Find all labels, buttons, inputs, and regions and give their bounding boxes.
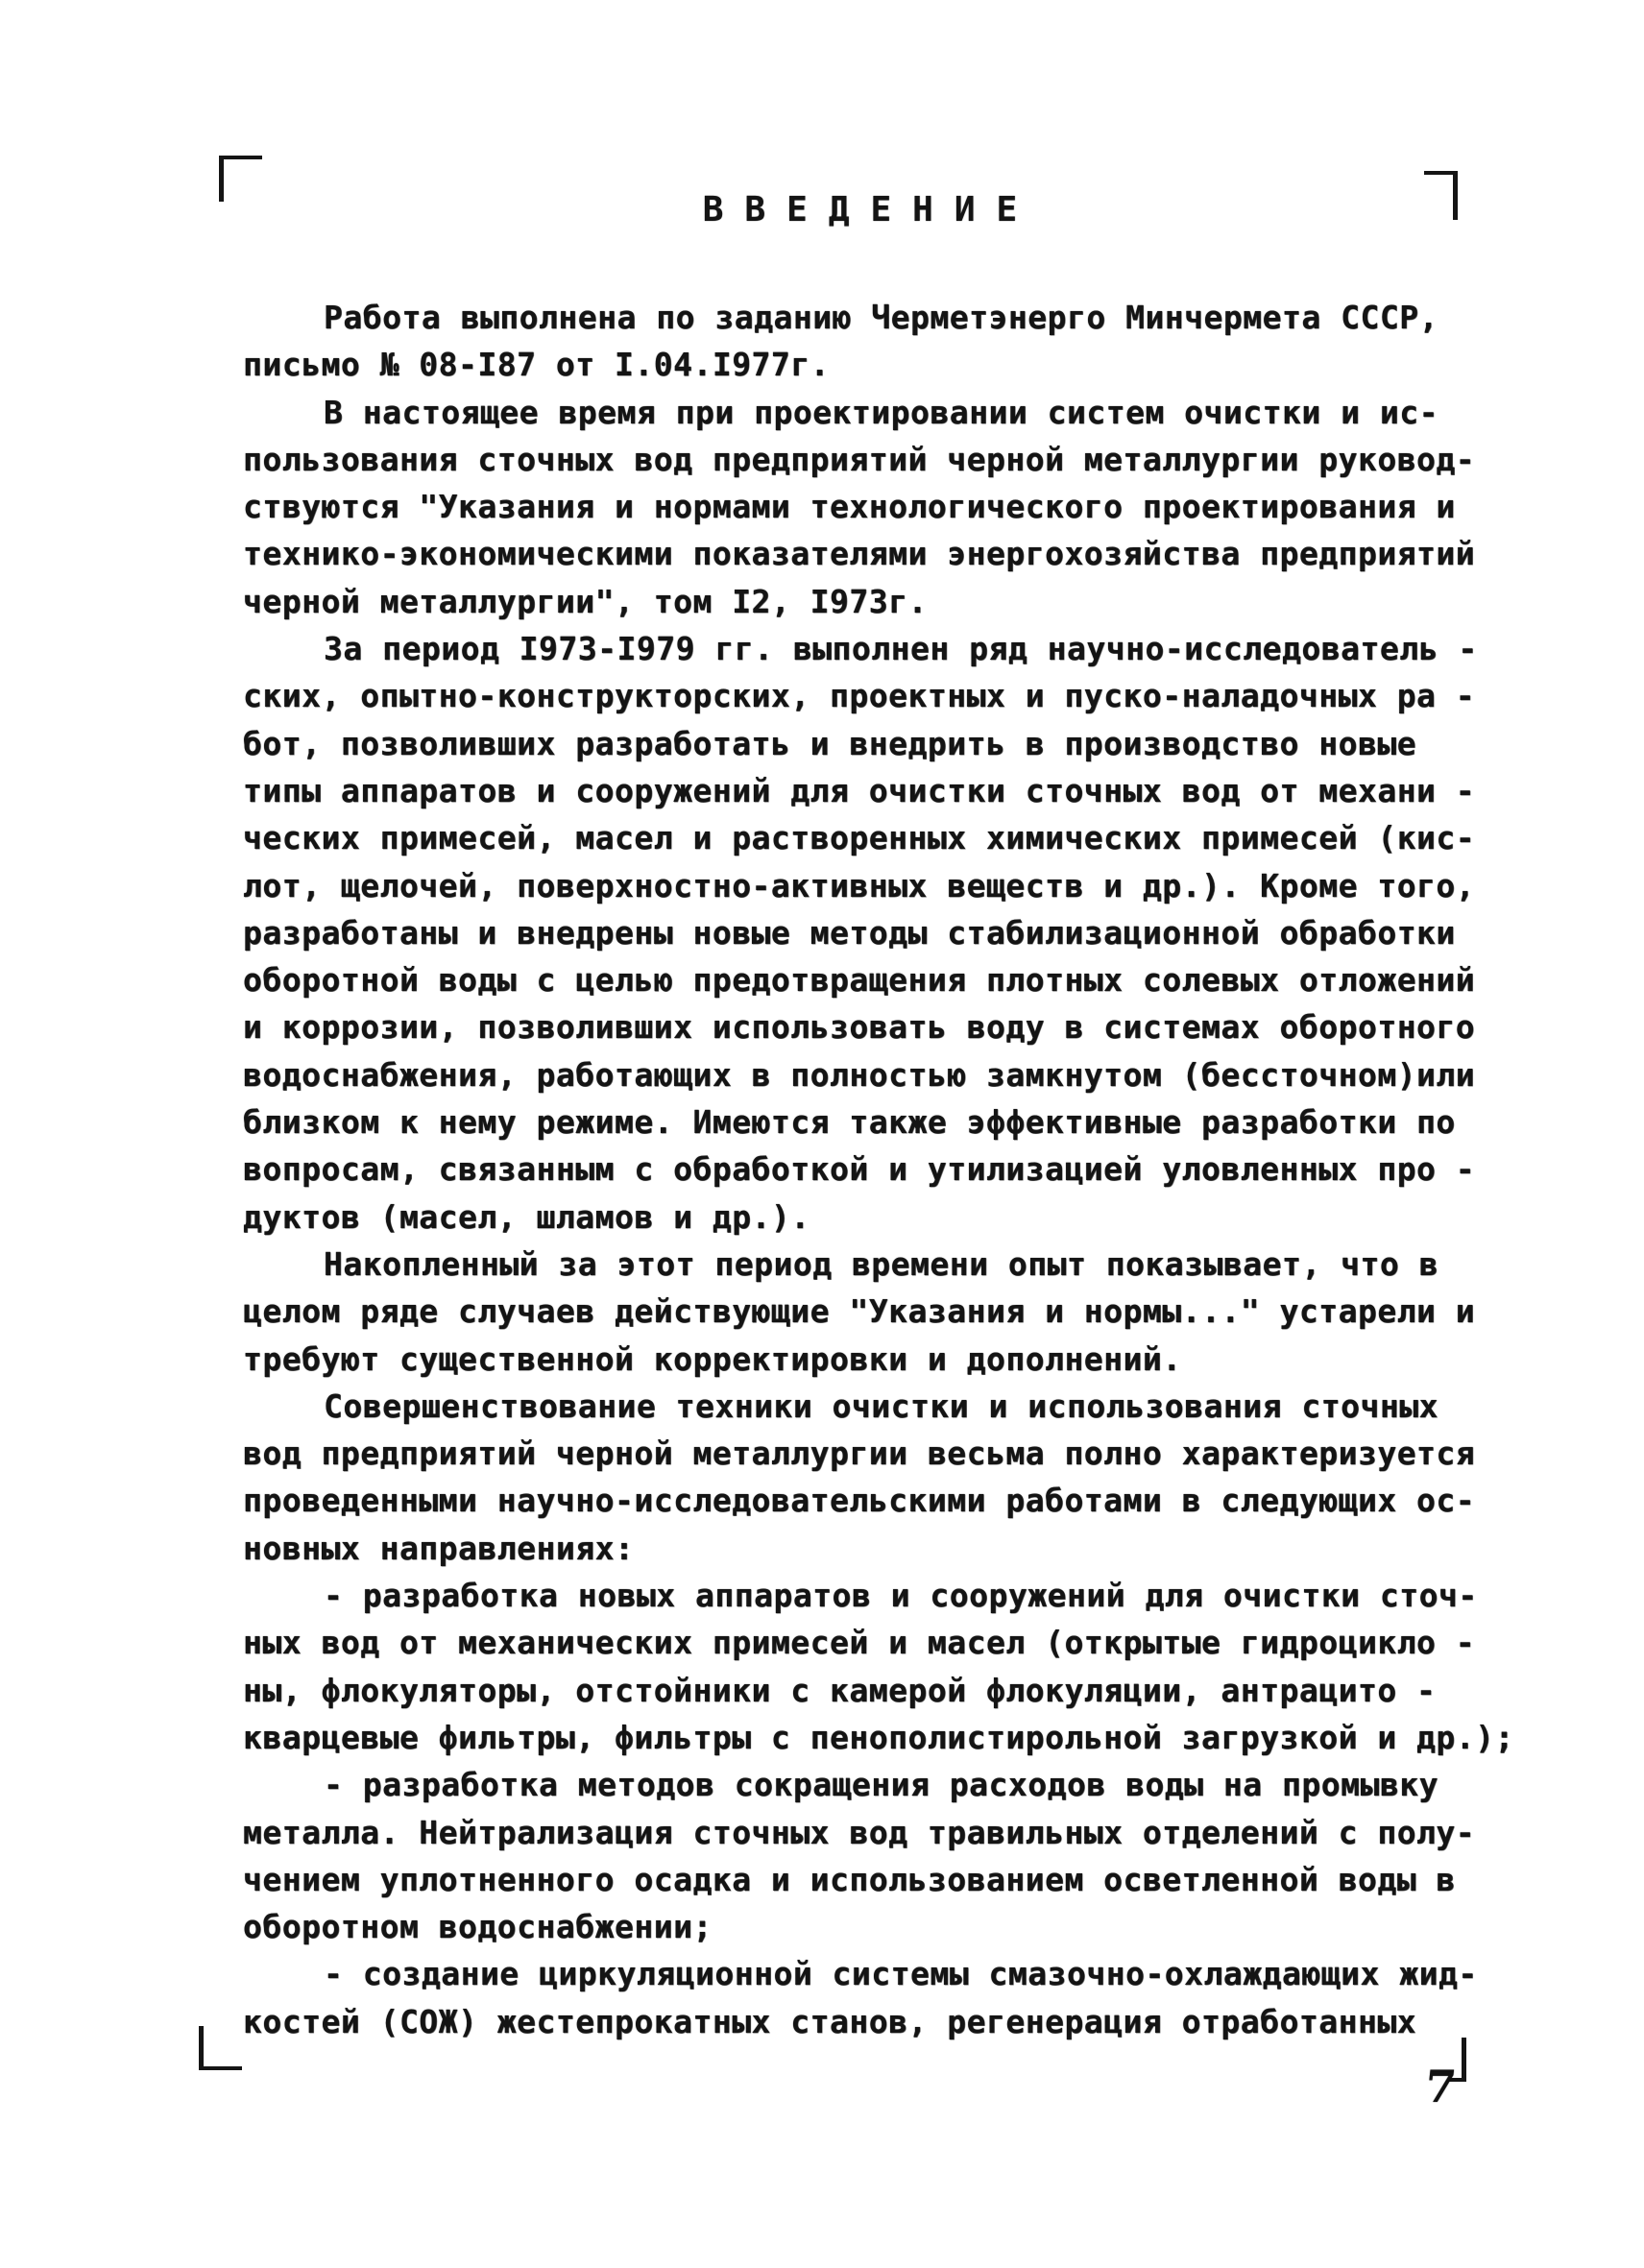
text-line: пользования сточных вод предприятий черн… (243, 436, 1482, 483)
page-title: ВВЕДЕНИЕ (243, 190, 1477, 229)
document-page: ВВЕДЕНИЕ Работа выполнена по заданию Чер… (0, 0, 1644, 2268)
text-line: черной металлургии", том I2, I973г. (243, 578, 1482, 625)
text-line: новных направлениях: (243, 1525, 1482, 1572)
text-line: Накопленный за этот период времени опыт … (243, 1241, 1482, 1288)
text-line: ствуются "Указания и нормами технологиче… (243, 483, 1482, 530)
text-line: близком к нему режиме. Имеются также эфф… (243, 1098, 1482, 1146)
text-line: целом ряде случаев действующие "Указания… (243, 1288, 1482, 1335)
text-line: ных вод от механических примесей и масел… (243, 1619, 1482, 1666)
text-line: требуют существенной корректировки и доп… (243, 1336, 1482, 1383)
text-line: технико-экономическими показателями энер… (243, 530, 1482, 577)
body-text: Работа выполнена по заданию Черметэнерго… (243, 294, 1482, 2045)
text-line: оборотной воды с целью предотвращения пл… (243, 956, 1482, 1003)
text-line: дуктов (масел, шламов и др.). (243, 1194, 1482, 1241)
text-line: кварцевые фильтры, фильтры с пенополисти… (243, 1714, 1482, 1761)
text-line: разработаны и внедрены новые методы стаб… (243, 909, 1482, 956)
text-line: ских, опытно-конструкторских, проектных … (243, 672, 1482, 719)
text-line: проведенными научно-исследовательскими р… (243, 1477, 1482, 1524)
text-line: типы аппаратов и сооружений для очистки … (243, 767, 1482, 814)
page-number: 7 (1422, 2061, 1459, 2112)
text-line: Работа выполнена по заданию Черметэнерго… (243, 294, 1482, 341)
text-line: костей (СОЖ) жестепрокатных станов, реге… (243, 1998, 1482, 2045)
crop-mark-bottom-left-icon (199, 2026, 242, 2070)
text-line: письмо № 08-I87 от I.04.I977г. (243, 341, 1482, 388)
text-line: ны, флокуляторы, отстойники с камерой фл… (243, 1667, 1482, 1714)
text-line: вопросам, связанным с обработкой и утили… (243, 1146, 1482, 1193)
text-line: ческих примесей, масел и растворенных хи… (243, 814, 1482, 861)
text-line: В настоящее время при проектировании сис… (243, 389, 1482, 436)
text-line: металла. Нейтрализация сточных вод трави… (243, 1809, 1482, 1856)
text-line: бот, позволивших разработать и внедрить … (243, 720, 1482, 767)
text-line: вод предприятий черной металлургии весьм… (243, 1430, 1482, 1477)
text-line: чением уплотненного осадка и использован… (243, 1856, 1482, 1903)
text-line: - создание циркуляционной системы смазоч… (243, 1950, 1482, 1997)
text-line: и коррозии, позволивших использовать вод… (243, 1003, 1482, 1050)
text-line: За период I973-I979 гг. выполнен ряд нау… (243, 625, 1482, 672)
text-line: лот, щелочей, поверхностно-активных веще… (243, 862, 1482, 909)
text-line: Совершенствование техники очистки и испо… (243, 1383, 1482, 1430)
text-line: оборотном водоснабжении; (243, 1903, 1482, 1950)
text-line: водоснабжения, работающих в полностью за… (243, 1051, 1482, 1098)
text-line: - разработка новых аппаратов и сооружени… (243, 1572, 1482, 1619)
text-line: - разработка методов сокращения расходов… (243, 1761, 1482, 1808)
